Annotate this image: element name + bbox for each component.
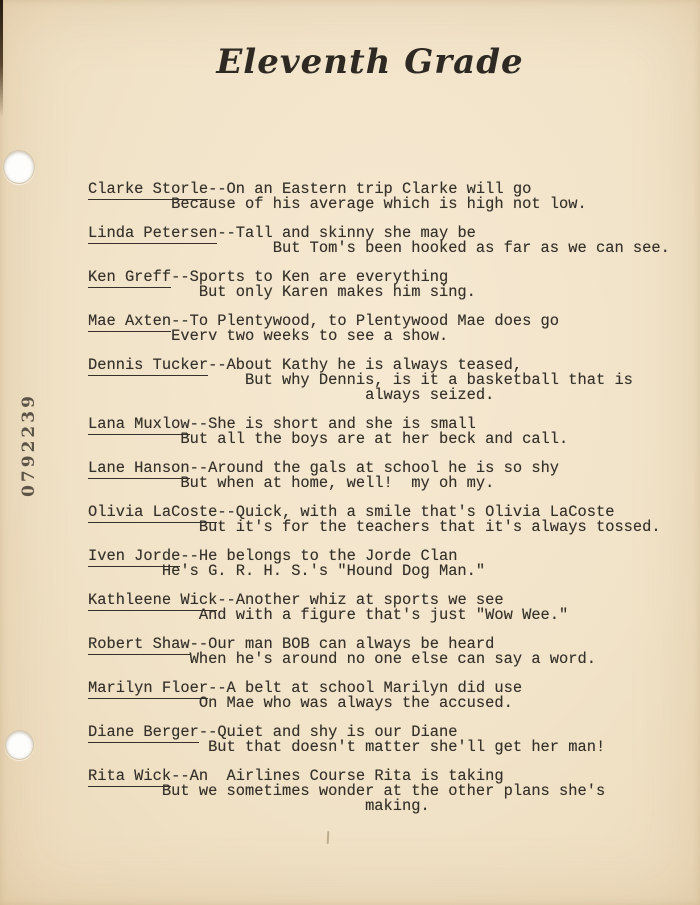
verse-line: always seized. [88, 388, 688, 403]
hole-punch-bottom [5, 730, 34, 760]
verse-line: But only Karen makes him sing. [88, 285, 688, 300]
page-edge-shadow [0, 0, 3, 118]
verse-line: He's G. R. H. S.'s "Hound Dog Man." [88, 564, 688, 579]
yearbook-entry: Linda Petersen--Tall and skinny she may … [88, 226, 688, 256]
stamp-number: 0792239 [19, 393, 39, 497]
verse-line: making. [88, 799, 688, 814]
yearbook-entry: Lana Muxlow--She is short and she is sma… [88, 417, 688, 447]
verse-line: But that doesn't matter she'll get her m… [88, 740, 688, 755]
yearbook-entry: Rita Wick--An Airlines Course Rita is ta… [88, 769, 688, 814]
yearbook-entry: Kathleene Wick--Another whiz at sports w… [88, 593, 688, 623]
pencil-mark [327, 831, 330, 844]
verse-line: But when at home, well! my oh my. [88, 476, 688, 491]
verse-line: When he's around no one else can say a w… [88, 652, 688, 667]
verse-line: Because of his average which is high not… [88, 197, 688, 212]
verse-line: And with a figure that's just "Wow Wee." [88, 608, 688, 623]
yearbook-entry: Clarke Storle--On an Eastern trip Clarke… [88, 182, 688, 212]
yearbook-entry: Dennis Tucker--About Kathy he is always … [88, 358, 688, 403]
verse-line: But Tom's been hooked as far as we can s… [88, 241, 688, 256]
yearbook-entry: Diane Berger--Quiet and shy is our Diane… [88, 725, 688, 755]
yearbook-entry: Robert Shaw--Our man BOB can always be h… [88, 637, 688, 667]
yearbook-entry: Olivia LaCoste--Quick, with a smile that… [88, 505, 688, 535]
hole-punch-top [3, 150, 35, 184]
verse-line: But it's for the teachers that it's alwa… [88, 520, 688, 535]
yearbook-entry: Marilyn Floer--A belt at school Marilyn … [88, 681, 688, 711]
yearbook-entry: Mae Axten--To Plentywood, to Plentywood … [88, 314, 688, 344]
yearbook-entry: Ken Greff--Sports to Ken are everything … [88, 270, 688, 300]
verse-line: But all the boys are at her beck and cal… [88, 432, 688, 447]
yearbook-entry: Lane Hanson--Around the gals at school h… [88, 461, 688, 491]
verse-line: On Mae who was always the accused. [88, 696, 688, 711]
page-title: Eleventh Grade [40, 42, 700, 82]
verse-line: Everv two weeks to see a show. [88, 329, 688, 344]
entries-list: Clarke Storle--On an Eastern trip Clarke… [88, 182, 688, 828]
yearbook-entry: Iven Jorde--He belongs to the Jorde Clan… [88, 549, 688, 579]
scanned-yearbook-page: Eleventh Grade 0792239 Clarke Storle--On… [0, 0, 700, 905]
